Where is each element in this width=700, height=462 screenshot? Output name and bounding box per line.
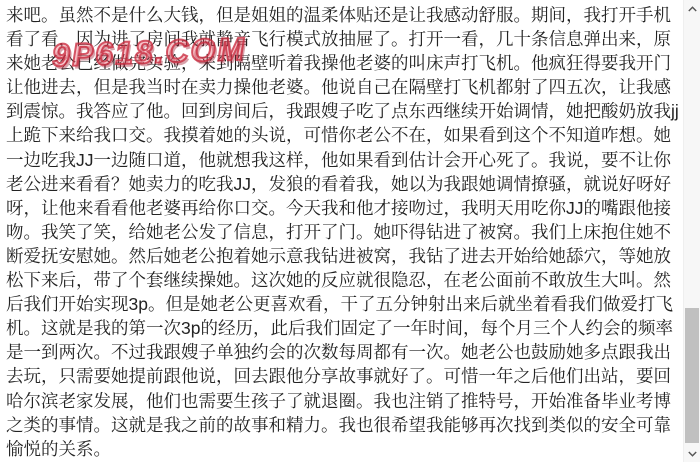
document-page: 来吧。虽然不是什么大钱，但是姐姐的温柔体贴还是让我感动舒服。期间，我打开手机 看… (0, 0, 700, 462)
text-line: 愉悦的关系。 (6, 437, 678, 461)
text-line: 后我们开始实现3p。但是她老公更喜欢看，干了五分钟射出来后就坐着看我们做爱打飞 (6, 292, 678, 316)
text-line: 到震惊。我答应了他。回到房间后，我跟嫂子吃了点东西继续开始调情，她把酸奶放我jj (6, 99, 678, 123)
text-line: 来她老公已经做完实验，来到隔壁听着我操他老婆的叫床声打飞机。他疯狂得要我开门 (6, 51, 678, 75)
scroll-down-button[interactable] (684, 445, 700, 462)
text-line: 机。这就是我的第一次3p的经历，此后我们固定了一年时间，每个月三个人约会的频率 (6, 316, 678, 340)
text-line: 是一到两次。不过我跟嫂子单独约会的次数每周都有一次。她老公也鼓励她多点跟我出 (6, 340, 678, 364)
text-line: 看了看，因为进了房间我就静音飞行模式放抽屉了。打开一看，几十条信息弹出来，原 (6, 27, 678, 51)
article-text: 来吧。虽然不是什么大钱，但是姐姐的温柔体贴还是让我感动舒服。期间，我打开手机 看… (6, 3, 678, 461)
scroll-up-button[interactable] (684, 0, 700, 17)
text-line: 来吧。虽然不是什么大钱，但是姐姐的温柔体贴还是让我感动舒服。期间，我打开手机 (6, 3, 678, 27)
scrollbar-thumb[interactable] (685, 308, 699, 443)
text-line: 让他进去，但是我当时在卖力操他老婆。他说自己在隔壁打飞机都射了四五次，让我感 (6, 75, 678, 99)
text-line: 松下来后，带了个套继续操她。这次她的反应就很隐忍，在老公面前不敢放生大叫。然 (6, 268, 678, 292)
text-line: 老公进来看看？她卖力的吃我JJ，发狼的看着我，她以为我跟她调情撩骚，就说好呀好 (6, 172, 678, 196)
text-line: 去玩，只需要她提前跟他说，回去跟他分享故事就好了。可惜一年之后他们出站，要回 (6, 364, 678, 388)
text-line: 吻。我笑了笑，给她老公发了信息，打开了门。她吓得钻进了被窝。我们上床抱住她不 (6, 220, 678, 244)
text-line: 呀，让他来看看他老婆再给你口交。今天我和他才接吻过，我明天用吃你JJ的嘴跟他接 (6, 196, 678, 220)
text-line: 一边吃我JJ一边随口道，他就想我这样，他如果看到估计会开心死了。我说，要不让你 (6, 148, 678, 172)
chevron-up-icon (688, 6, 697, 12)
text-line: 之类的事情。这就是我之前的故事和精力。我也很希望我能够再次找到类似的安全可靠 (6, 413, 678, 437)
text-line: 哈尔滨老家发展，他们也需要生孩子了就退圈。我也注销了推特号，开始准备毕业考博 (6, 389, 678, 413)
chevron-down-icon (688, 451, 697, 457)
vertical-scrollbar[interactable] (683, 0, 700, 462)
text-line: 断爱抚安慰她。然后她老公抱着她示意我钻进被窝，我钻了进去开始给她舔穴，等她放 (6, 244, 678, 268)
text-line: 上跪下来给我口交。我摸着她的头说，可惜你老公不在，如果看到这个不知道咋想。她 (6, 123, 678, 147)
